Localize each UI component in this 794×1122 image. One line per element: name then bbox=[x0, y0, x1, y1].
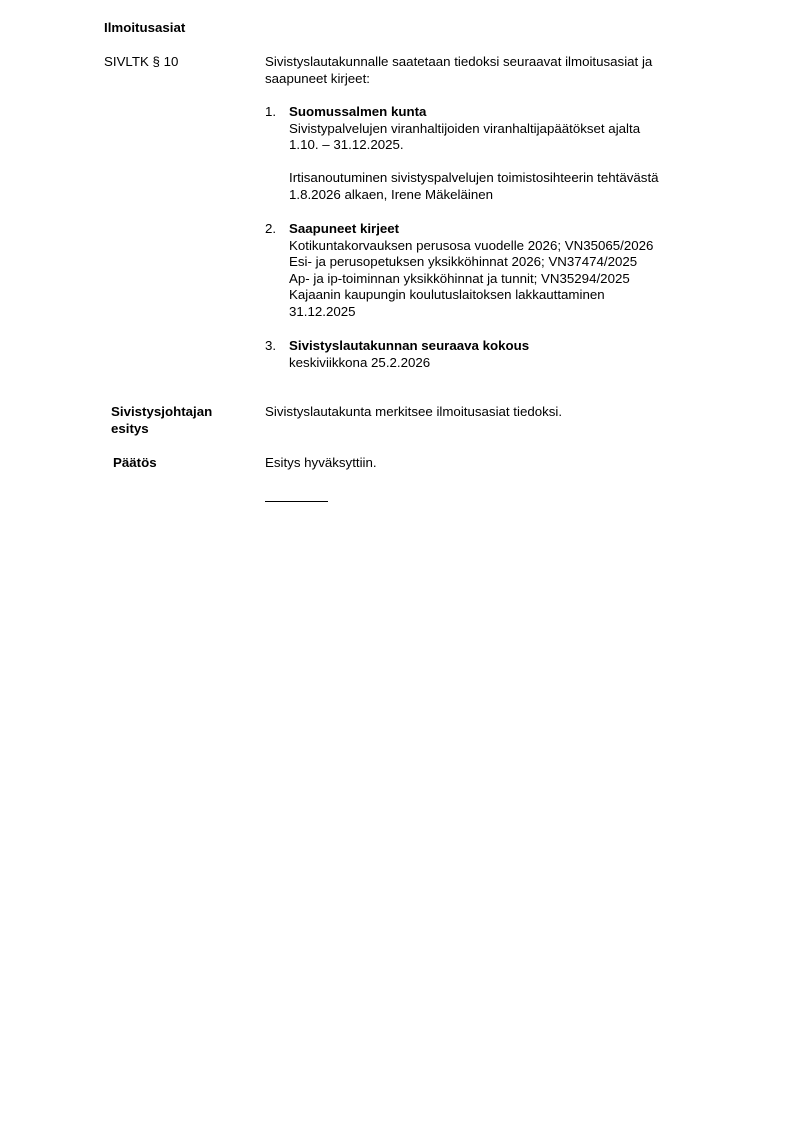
list-item-line: Sivistypalvelujen viranhaltijoiden viran… bbox=[289, 121, 659, 138]
list-item-line: Ap- ja ip-toiminnan yksikköhinnat ja tun… bbox=[289, 271, 653, 288]
list-number: 3. bbox=[265, 338, 276, 355]
decision-label: Päätös bbox=[113, 455, 157, 472]
list-item-line: keskiviikkona 25.2.2026 bbox=[289, 355, 529, 372]
list-item-line: Kajaanin kaupungin koulutuslaitoksen lak… bbox=[289, 287, 653, 304]
list-item-line: Esi- ja perusopetuksen yksikköhinnat 202… bbox=[289, 254, 653, 271]
proposal-label-line: Sivistysjohtajan bbox=[111, 404, 212, 421]
list-item-title: Suomussalmen kunta bbox=[289, 104, 659, 121]
list-item-line: 31.12.2025 bbox=[289, 304, 653, 321]
paragraph-gap bbox=[289, 154, 659, 171]
decision-text: Esitys hyväksyttiin. bbox=[265, 455, 377, 472]
intro-paragraph: Sivistyslautakunnalle saatetaan tiedoksi… bbox=[265, 54, 652, 87]
list-item-title: Sivistyslautakunnan seuraava kokous bbox=[289, 338, 529, 355]
list-item-line: Irtisanoutuminen sivistyspalvelujen toim… bbox=[289, 170, 659, 187]
proposal-text: Sivistyslautakunta merkitsee ilmoitusasi… bbox=[265, 404, 562, 421]
end-divider bbox=[265, 501, 328, 502]
proposal-label-line: esitys bbox=[111, 421, 212, 438]
list-item-line: Kotikuntakorvauksen perusosa vuodelle 20… bbox=[289, 238, 653, 255]
list-item-line: 1.8.2026 alkaen, Irene Mäkeläinen bbox=[289, 187, 659, 204]
list-number: 1. bbox=[265, 104, 276, 121]
section-reference: SIVLTK § 10 bbox=[104, 54, 178, 71]
document-heading: Ilmoitusasiat bbox=[104, 20, 185, 37]
proposal-label: Sivistysjohtajan esitys bbox=[111, 404, 212, 437]
intro-line: Sivistyslautakunnalle saatetaan tiedoksi… bbox=[265, 54, 652, 71]
list-item-line: 1.10. – 31.12.2025. bbox=[289, 137, 659, 154]
list-item-title: Saapuneet kirjeet bbox=[289, 221, 653, 238]
intro-line: saapuneet kirjeet: bbox=[265, 71, 652, 88]
list-number: 2. bbox=[265, 221, 276, 238]
